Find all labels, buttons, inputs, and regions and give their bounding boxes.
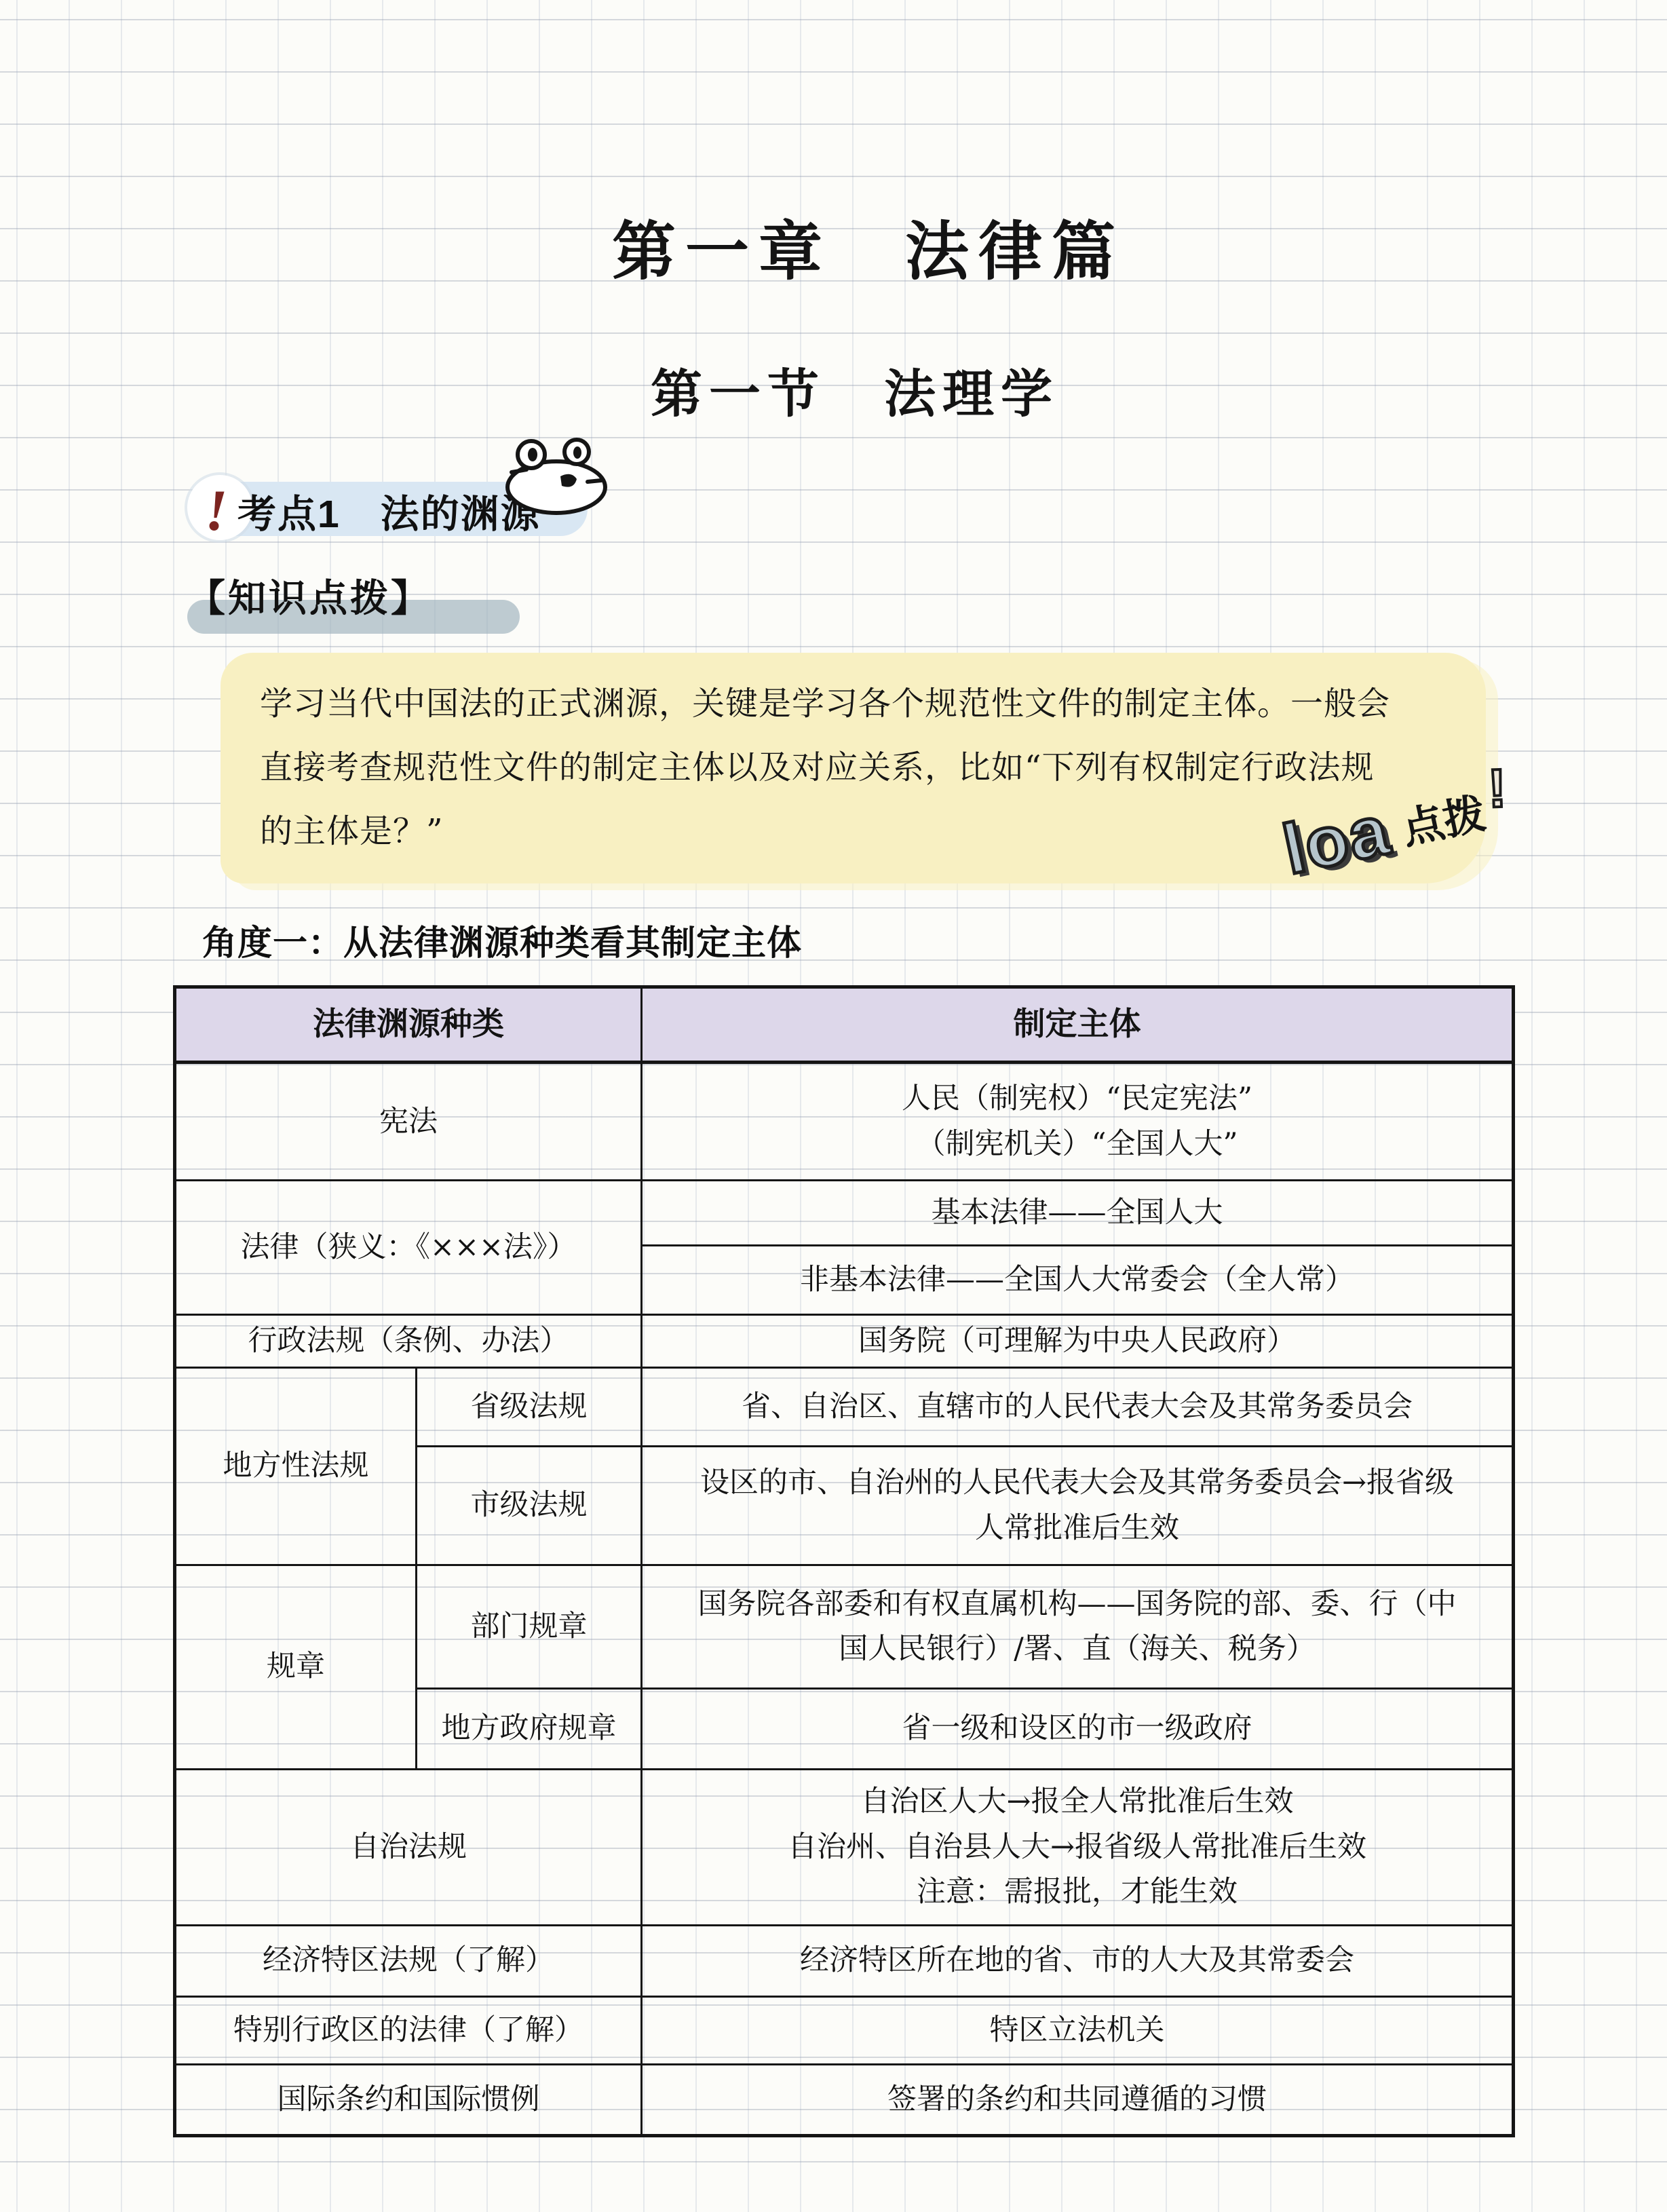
table-row: 法律（狭义：《×××法》） 基本法律——全国人大 (175, 1181, 1514, 1246)
chapter-title: 第一章 法律篇 (0, 200, 1667, 292)
table-row: 特别行政区的法律（了解） 特区立法机关 (175, 1996, 1514, 2064)
table-row: 规章 部门规章 国务院各部委和有权直属机构——国务院的部、委、行（中 国人民银行… (175, 1565, 1514, 1688)
tip-heading-label: 【知识点拨】 (187, 569, 432, 623)
exclamation-icon: ! (205, 476, 227, 544)
row-sublabel: 地方政府规章 (417, 1688, 642, 1769)
row-value: 签署的条约和共同遵循的习惯 (642, 2064, 1514, 2135)
law-sources-table: 法律渊源种类 制定主体 宪法 人民（制宪权）“民定宪法” （制宪机关）“全国人大… (173, 985, 1515, 2137)
frog-doodle-icon (501, 434, 613, 518)
row-value: 经济特区所在地的省、市的人大及其常委会 (642, 1925, 1514, 1996)
table-row: 国际条约和国际惯例 签署的条约和共同遵循的习惯 (175, 2064, 1514, 2135)
table-row: 地方性法规 省级法规 省、自治区、直辖市的人民代表大会及其常务委员会 (175, 1367, 1514, 1446)
row-label: 法律（狭义：《×××法》） (175, 1181, 642, 1315)
row-label: 特别行政区的法律（了解） (175, 1996, 642, 2064)
row-value: 国务院各部委和有权直属机构——国务院的部、委、行（中 国人民银行）/署、直（海关… (642, 1565, 1514, 1688)
row-value: 省、自治区、直辖市的人民代表大会及其常务委员会 (642, 1367, 1514, 1446)
stamp-exclamation-icon: ! (1487, 757, 1508, 820)
knowledge-tip-heading: 【知识点拨】 (187, 569, 432, 623)
row-label: 规章 (175, 1565, 417, 1769)
row-sublabel: 市级法规 (417, 1446, 642, 1565)
row-value: 非基本法律——全国人大常委会（全人常） (642, 1246, 1514, 1315)
stamp-dianbo-text: 点拨 (1396, 780, 1491, 856)
row-value: 国务院（可理解为中央人民政府） (642, 1315, 1514, 1368)
row-label: 国际条约和国际惯例 (175, 2064, 642, 2135)
header-source-type: 法律渊源种类 (175, 987, 642, 1063)
angle-one-heading: 角度一：从法律渊源种类看其制定主体 (202, 915, 802, 965)
section-title: 第一节 法理学 (0, 353, 1667, 427)
row-value: 设区的市、自治州的人民代表大会及其常务委员会→报省级 人常批准后生效 (642, 1446, 1514, 1565)
row-sublabel: 部门规章 (417, 1565, 642, 1688)
row-label: 宪法 (175, 1063, 642, 1181)
table-row: 经济特区法规（了解） 经济特区所在地的省、市的人大及其常委会 (175, 1925, 1514, 1996)
table-row: 行政法规（条例、办法） 国务院（可理解为中央人民政府） (175, 1315, 1514, 1368)
row-label: 行政法规（条例、办法） (175, 1315, 642, 1368)
row-value: 省一级和设区的市一级政府 (642, 1688, 1514, 1769)
row-label: 自治法规 (175, 1769, 642, 1925)
row-value: 自治区人大→报全人常批准后生效 自治州、自治县人大→报省级人常批准后生效 注意：… (642, 1769, 1514, 1925)
row-label: 经济特区法规（了解） (175, 1925, 642, 1996)
row-label: 地方性法规 (175, 1367, 417, 1565)
table-row: 宪法 人民（制宪权）“民定宪法” （制宪机关）“全国人大” (175, 1063, 1514, 1181)
row-value: 基本法律——全国人大 (642, 1181, 1514, 1246)
notebook-page: 第一章 法律篇 第一节 法理学 ! 考点1 法的渊源 【知识点拨】 学习当代中国… (0, 0, 1667, 2212)
row-sublabel: 省级法规 (417, 1367, 642, 1446)
row-value: 人民（制宪权）“民定宪法” （制宪机关）“全国人大” (642, 1063, 1514, 1181)
table-row: 自治法规 自治区人大→报全人常批准后生效 自治州、自治县人大→报省级人常批准后生… (175, 1769, 1514, 1925)
header-making-body: 制定主体 (642, 987, 1514, 1063)
row-value: 特区立法机关 (642, 1996, 1514, 2064)
table-header-row: 法律渊源种类 制定主体 (175, 987, 1514, 1063)
